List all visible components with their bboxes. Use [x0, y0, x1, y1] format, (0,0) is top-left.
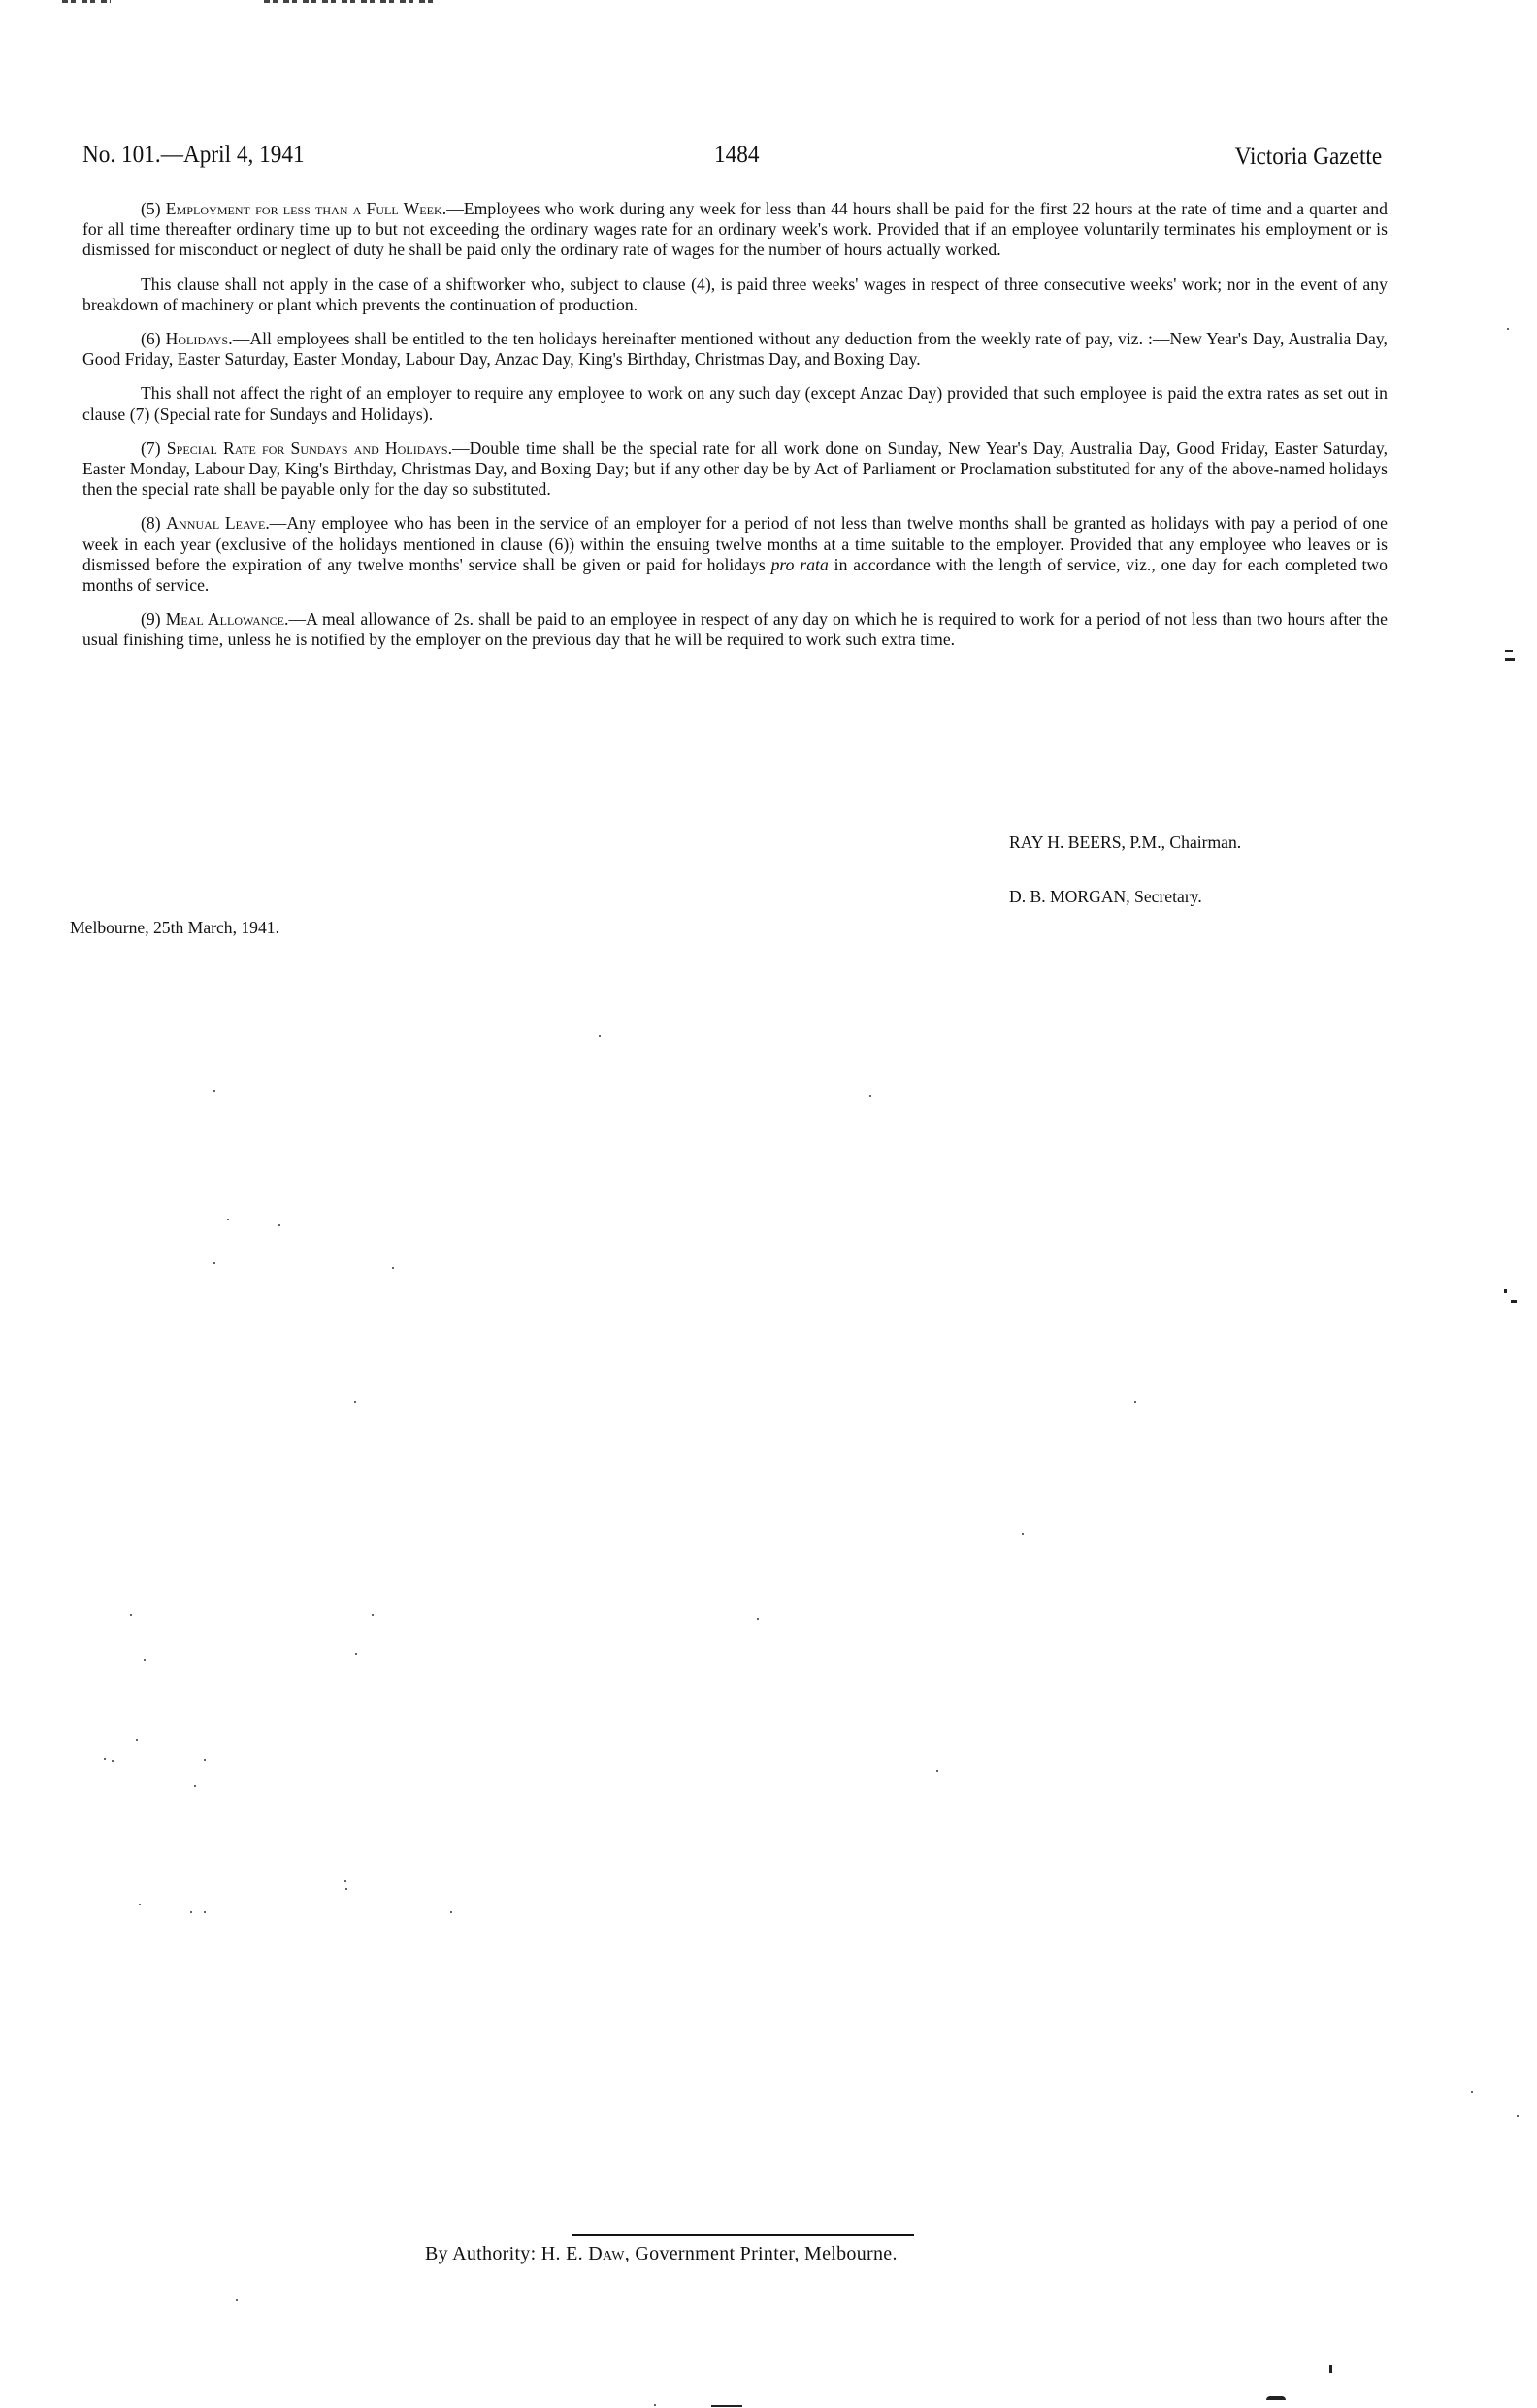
- printer-imprint: By Authority: H. E. Daw, Government Prin…: [425, 2243, 898, 2265]
- scan-speck: [227, 1219, 229, 1220]
- clause-heading: Holidays.: [166, 329, 233, 348]
- clause-5-employment-less-than-full-week: (5) Employment for less than a Full Week…: [82, 199, 1388, 261]
- clause-8-annual-leave: (8) Annual Leave.—Any employee who has b…: [82, 513, 1388, 596]
- scan-speck: [354, 1401, 356, 1403]
- signatory-role: Secretary.: [1134, 887, 1202, 906]
- scan-speck: [1022, 1533, 1024, 1535]
- document-body: (5) Employment for less than a Full Week…: [82, 199, 1388, 665]
- footer-divider: [572, 2234, 914, 2236]
- clause-text-italic: pro rata: [771, 555, 829, 574]
- issue-number-date: No. 101.—April 4, 1941: [82, 142, 305, 169]
- scan-speck: [194, 1785, 196, 1787]
- clause-heading: Special Rate for Sundays and Holidays.: [167, 439, 452, 458]
- scan-speck: [112, 1760, 114, 1762]
- printer-role: Government Printer, Melbourne.: [635, 2243, 897, 2264]
- scan-artifact-top-right: [264, 0, 439, 3]
- clause-number: (6): [141, 329, 161, 348]
- scan-speck: [104, 1758, 106, 1760]
- signatory-role: Chairman.: [1169, 832, 1241, 852]
- publication-title: Victoria Gazette: [1235, 144, 1383, 171]
- scan-speck: [136, 1739, 138, 1741]
- scan-artifact-margin: [1504, 1289, 1507, 1293]
- scan-artifact-margin: [1511, 1300, 1517, 1303]
- clause-heading: Meal Allowance.: [166, 609, 289, 629]
- scan-speck: [345, 1888, 347, 1890]
- scan-speck: [355, 1653, 357, 1655]
- imprint-prefix: By Authority:: [425, 2243, 536, 2264]
- scan-artifact-bottom: [1329, 2365, 1332, 2373]
- clause-heading: Annual Leave.: [166, 513, 270, 533]
- signatory-name: RAY H. BEERS, P.M.,: [1009, 832, 1165, 852]
- scan-speck: [344, 1880, 346, 1882]
- scan-speck: [654, 2404, 656, 2406]
- clause-number: (5): [141, 199, 161, 218]
- clause-5-shiftworker-exception: This clause shall not apply in the case …: [82, 275, 1388, 315]
- scan-speck: [236, 2299, 238, 2301]
- page-header: No. 101.—April 4, 1941 1484 Victoria Gaz…: [82, 142, 1296, 175]
- printer-name: H. E. Daw,: [541, 2243, 630, 2264]
- page-number: 1484: [714, 142, 760, 169]
- scan-artifact-top-left: [62, 0, 111, 3]
- clause-6-holidays: (6) Holidays.—All employees shall be ent…: [82, 329, 1388, 370]
- scan-speck: [139, 1904, 141, 1905]
- clause-6-employer-right: This shall not affect the right of an em…: [82, 383, 1388, 424]
- place-date-text: Melbourne, 25th March, 1941.: [70, 918, 279, 937]
- clause-7-special-rate: (7) Special Rate for Sundays and Holiday…: [82, 439, 1388, 501]
- scan-artifact-margin: [1505, 650, 1513, 652]
- clause-number: (8): [141, 513, 161, 533]
- scan-speck: [372, 1614, 374, 1616]
- scan-speck: [144, 1659, 146, 1661]
- clause-heading: Employment for less than a Full Week.: [166, 199, 446, 218]
- scan-artifact-bottom: [1266, 2396, 1286, 2400]
- scan-speck: [599, 1035, 601, 1037]
- scan-speck: [1517, 2115, 1519, 2117]
- scan-speck: [278, 1224, 280, 1226]
- signatory-name: D. B. MORGAN,: [1009, 887, 1130, 906]
- scan-speck: [190, 1911, 192, 1913]
- clause-number: (9): [141, 609, 161, 629]
- place-and-date: Melbourne, 25th March, 1941.: [70, 918, 279, 938]
- scan-speck: [1134, 1401, 1136, 1403]
- clause-text: —All employees shall be entitled to the …: [82, 329, 1388, 369]
- scan-artifact-margin: [1505, 658, 1515, 661]
- clause-9-meal-allowance: (9) Meal Allowance.—A meal allowance of …: [82, 609, 1388, 650]
- scan-speck: [450, 1911, 452, 1913]
- signature-secretary: D. B. MORGAN, Secretary.: [1009, 887, 1202, 907]
- scan-speck: [757, 1618, 759, 1620]
- scan-speck: [204, 1911, 206, 1913]
- scan-speck: [130, 1614, 132, 1616]
- scan-speck: [1471, 2091, 1473, 2093]
- signature-chairman: RAY H. BEERS, P.M., Chairman.: [1009, 832, 1241, 853]
- scan-artifact-bottom: [711, 2405, 742, 2407]
- paragraph-text: This shall not affect the right of an em…: [82, 383, 1388, 423]
- scan-speck: [936, 1770, 938, 1772]
- paragraph-text: This clause shall not apply in the case …: [82, 275, 1388, 314]
- clause-number: (7): [141, 439, 161, 458]
- scan-speck: [204, 1759, 206, 1761]
- scan-speck: [392, 1267, 394, 1269]
- scan-speck: [869, 1095, 871, 1097]
- scan-speck: [213, 1090, 215, 1092]
- scan-speck: [213, 1262, 215, 1264]
- scan-speck: [1507, 328, 1509, 330]
